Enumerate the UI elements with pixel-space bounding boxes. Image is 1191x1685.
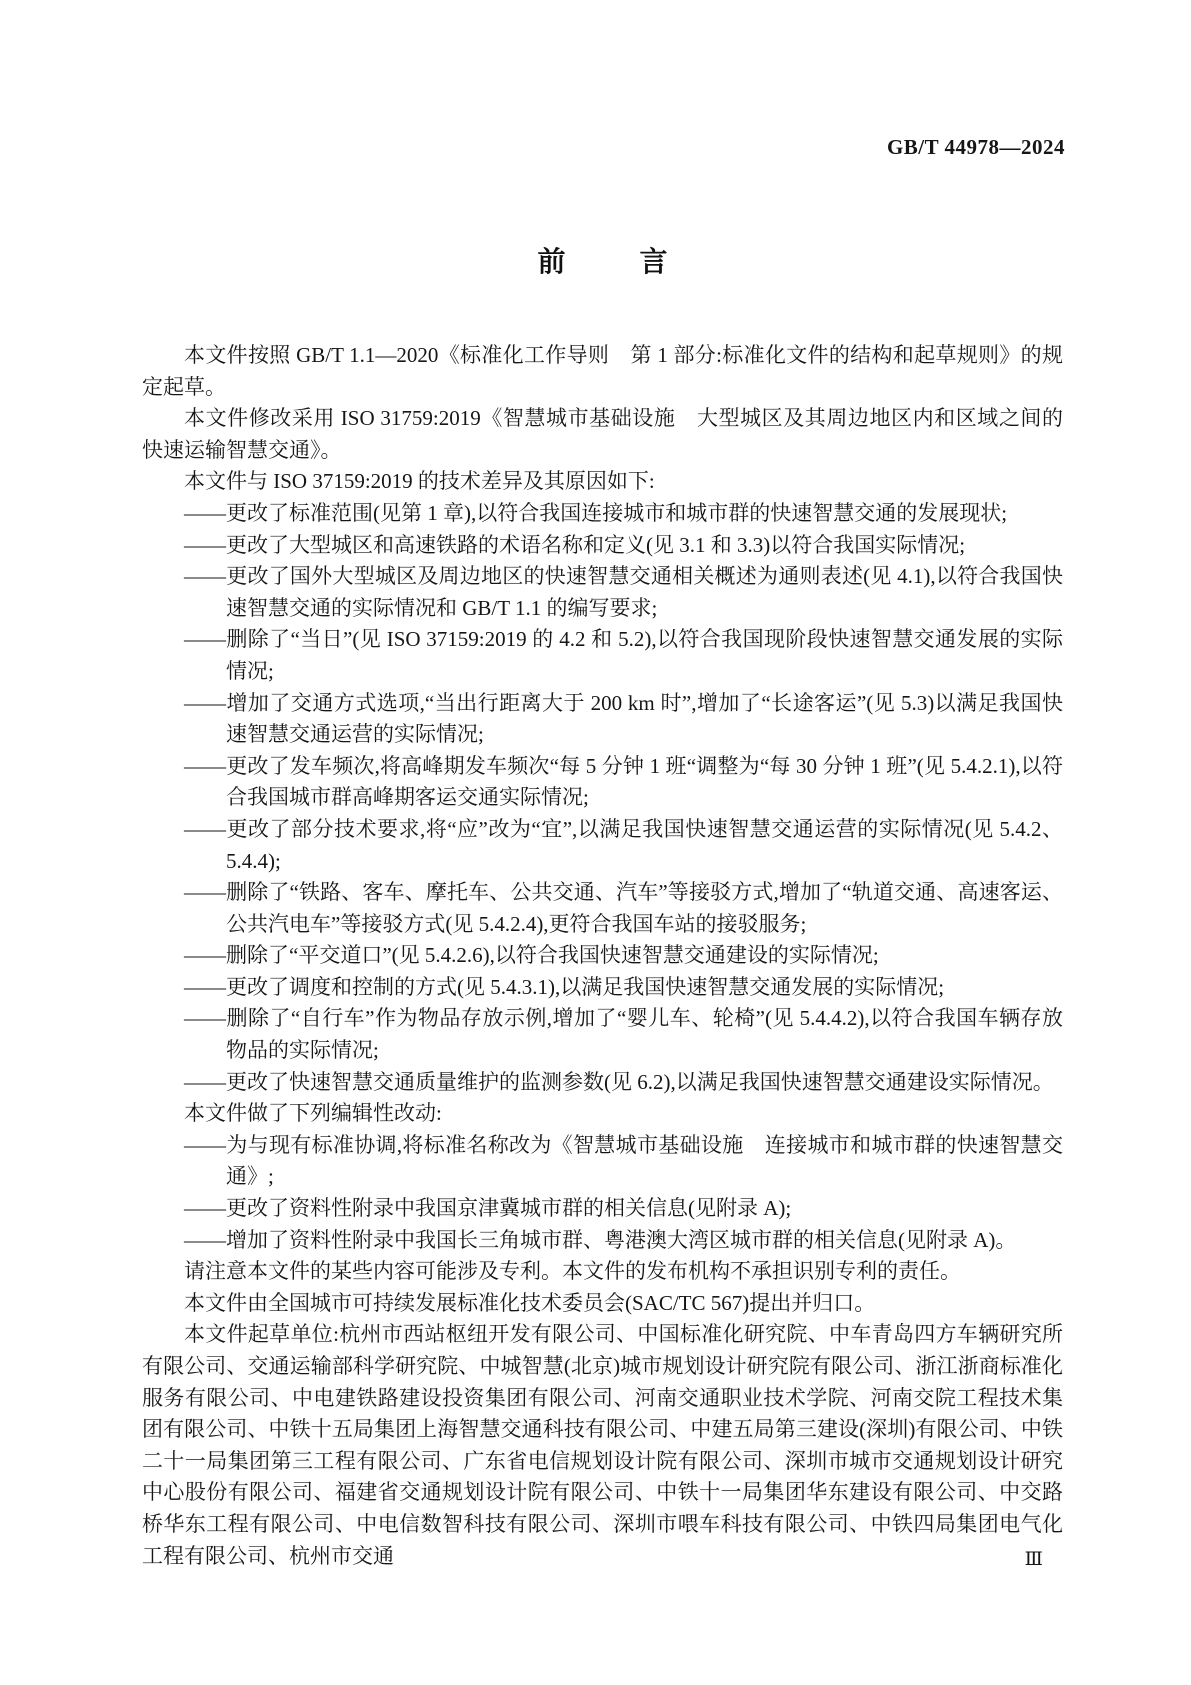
list-item-dash: —— [184,817,226,841]
page-title-char-second: 言 [640,240,668,280]
foreword-list-item: ——更改了资料性附录中我国京津冀城市群的相关信息(见附录 A); [142,1193,1063,1225]
list-item-text: 更改了标准范围(见第 1 章),以符合我国连接城市和城市群的快速智慧交通的发展现… [226,501,1007,525]
foreword-list-item: ——删除了“自行车”作为物品存放示例,增加了“婴儿车、轮椅”(见 5.4.4.2… [142,1003,1063,1066]
page-title: 前 言 [142,240,1063,280]
document-page: GB/T 44978—2024 前 言 本文件按照 GB/T 1.1—2020《… [0,0,1191,1685]
foreword-list-item: ——更改了国外大型城区及周边地区的快速智慧交通相关概述为通则表述(见 4.1),… [142,561,1063,624]
foreword-list-item: ——更改了调度和控制的方式(见 5.4.3.1),以满足我国快速智慧交通发展的实… [142,972,1063,1004]
list-item-dash: —— [184,1133,226,1157]
list-item-text: 删除了“平交道口”(见 5.4.2.6),以符合我国快速智慧交通建设的实际情况; [226,943,879,967]
list-item-text: 删除了“自行车”作为物品存放示例,增加了“婴儿车、轮椅”(见 5.4.4.2),… [226,1006,1063,1062]
list-item-dash: —— [184,564,226,588]
list-item-text: 更改了资料性附录中我国京津冀城市群的相关信息(见附录 A); [226,1196,791,1220]
foreword-list-item: ——增加了交通方式选项,“当出行距离大于 200 km 时”,增加了“长途客运”… [142,688,1063,751]
list-item-dash: —— [184,943,226,967]
foreword-list-item: ——为与现有标准协调,将标准名称改为《智慧城市基础设施 连接城市和城市群的快速智… [142,1130,1063,1193]
foreword-body: 本文件按照 GB/T 1.1—2020《标准化工作导则 第 1 部分:标准化文件… [142,340,1063,1572]
list-item-text: 更改了国外大型城区及周边地区的快速智慧交通相关概述为通则表述(见 4.1),以符… [226,564,1063,620]
foreword-list-item: ——更改了快速智慧交通质量维护的监测参数(见 6.2),以满足我国快速智慧交通建… [142,1067,1063,1099]
list-item-text: 增加了资料性附录中我国长三角城市群、粤港澳大湾区城市群的相关信息(见附录 A)。 [226,1228,1016,1252]
list-item-dash: —— [184,975,226,999]
list-item-text: 增加了交通方式选项,“当出行距离大于 200 km 时”,增加了“长途客运”(见… [226,691,1063,747]
foreword-list-item: ——增加了资料性附录中我国长三角城市群、粤港澳大湾区城市群的相关信息(见附录 A… [142,1225,1063,1257]
foreword-paragraph: 本文件与 ISO 37159:2019 的技术差异及其原因如下: [142,466,1063,498]
foreword-paragraph: 本文件按照 GB/T 1.1—2020《标准化工作导则 第 1 部分:标准化文件… [142,340,1063,403]
foreword-list-item: ——更改了发车频次,将高峰期发车频次“每 5 分钟 1 班“调整为“每 30 分… [142,751,1063,814]
list-item-dash: —— [184,1006,226,1030]
list-item-text: 删除了“当日”(见 ISO 37159:2019 的 4.2 和 5.2),以符… [226,627,1063,683]
foreword-paragraph: 本文件修改采用 ISO 31759:2019《智慧城市基础设施 大型城区及其周边… [142,403,1063,466]
list-item-text: 更改了部分技术要求,将“应”改为“宜”,以满足我国快速智慧交通运营的实际情况(见… [226,817,1063,873]
list-item-dash: —— [184,1196,226,1220]
list-item-dash: —— [184,533,226,557]
list-item-text: 删除了“铁路、客车、摩托车、公共交通、汽车”等接驳方式,增加了“轨道交通、高速客… [226,880,1063,936]
foreword-list-item: ——更改了部分技术要求,将“应”改为“宜”,以满足我国快速智慧交通运营的实际情况… [142,814,1063,877]
list-item-text: 更改了快速智慧交通质量维护的监测参数(见 6.2),以满足我国快速智慧交通建设实… [226,1070,1054,1094]
list-item-dash: —— [184,627,226,651]
list-item-dash: —— [184,501,226,525]
list-item-dash: —— [184,1070,226,1094]
foreword-paragraph: 本文件起草单位:杭州市西站枢纽开发有限公司、中国标准化研究院、中车青岛四方车辆研… [142,1319,1063,1572]
list-item-text: 更改了发车频次,将高峰期发车频次“每 5 分钟 1 班“调整为“每 30 分钟 … [226,754,1063,810]
standard-code-header: GB/T 44978—2024 [887,135,1065,160]
page-title-char-first: 前 [537,240,565,280]
list-item-text: 更改了调度和控制的方式(见 5.4.3.1),以满足我国快速智慧交通发展的实际情… [226,975,944,999]
list-item-dash: —— [184,1228,226,1252]
foreword-list-item: ——删除了“铁路、客车、摩托车、公共交通、汽车”等接驳方式,增加了“轨道交通、高… [142,877,1063,940]
page-number: Ⅲ [1025,1548,1043,1571]
list-item-dash: —— [184,754,226,778]
foreword-paragraph: 本文件做了下列编辑性改动: [142,1098,1063,1130]
list-item-text: 为与现有标准协调,将标准名称改为《智慧城市基础设施 连接城市和城市群的快速智慧交… [226,1133,1063,1189]
list-item-text: 更改了大型城区和高速铁路的术语名称和定义(见 3.1 和 3.3)以符合我国实际… [226,533,965,557]
foreword-list-item: ——删除了“平交道口”(见 5.4.2.6),以符合我国快速智慧交通建设的实际情… [142,940,1063,972]
foreword-paragraph: 本文件由全国城市可持续发展标准化技术委员会(SAC/TC 567)提出并归口。 [142,1288,1063,1320]
foreword-list-item: ——更改了标准范围(见第 1 章),以符合我国连接城市和城市群的快速智慧交通的发… [142,498,1063,530]
foreword-list-item: ——删除了“当日”(见 ISO 37159:2019 的 4.2 和 5.2),… [142,624,1063,687]
list-item-dash: —— [184,880,226,904]
list-item-dash: —— [184,691,226,715]
foreword-paragraph: 请注意本文件的某些内容可能涉及专利。本文件的发布机构不承担识别专利的责任。 [142,1256,1063,1288]
foreword-list-item: ——更改了大型城区和高速铁路的术语名称和定义(见 3.1 和 3.3)以符合我国… [142,530,1063,562]
